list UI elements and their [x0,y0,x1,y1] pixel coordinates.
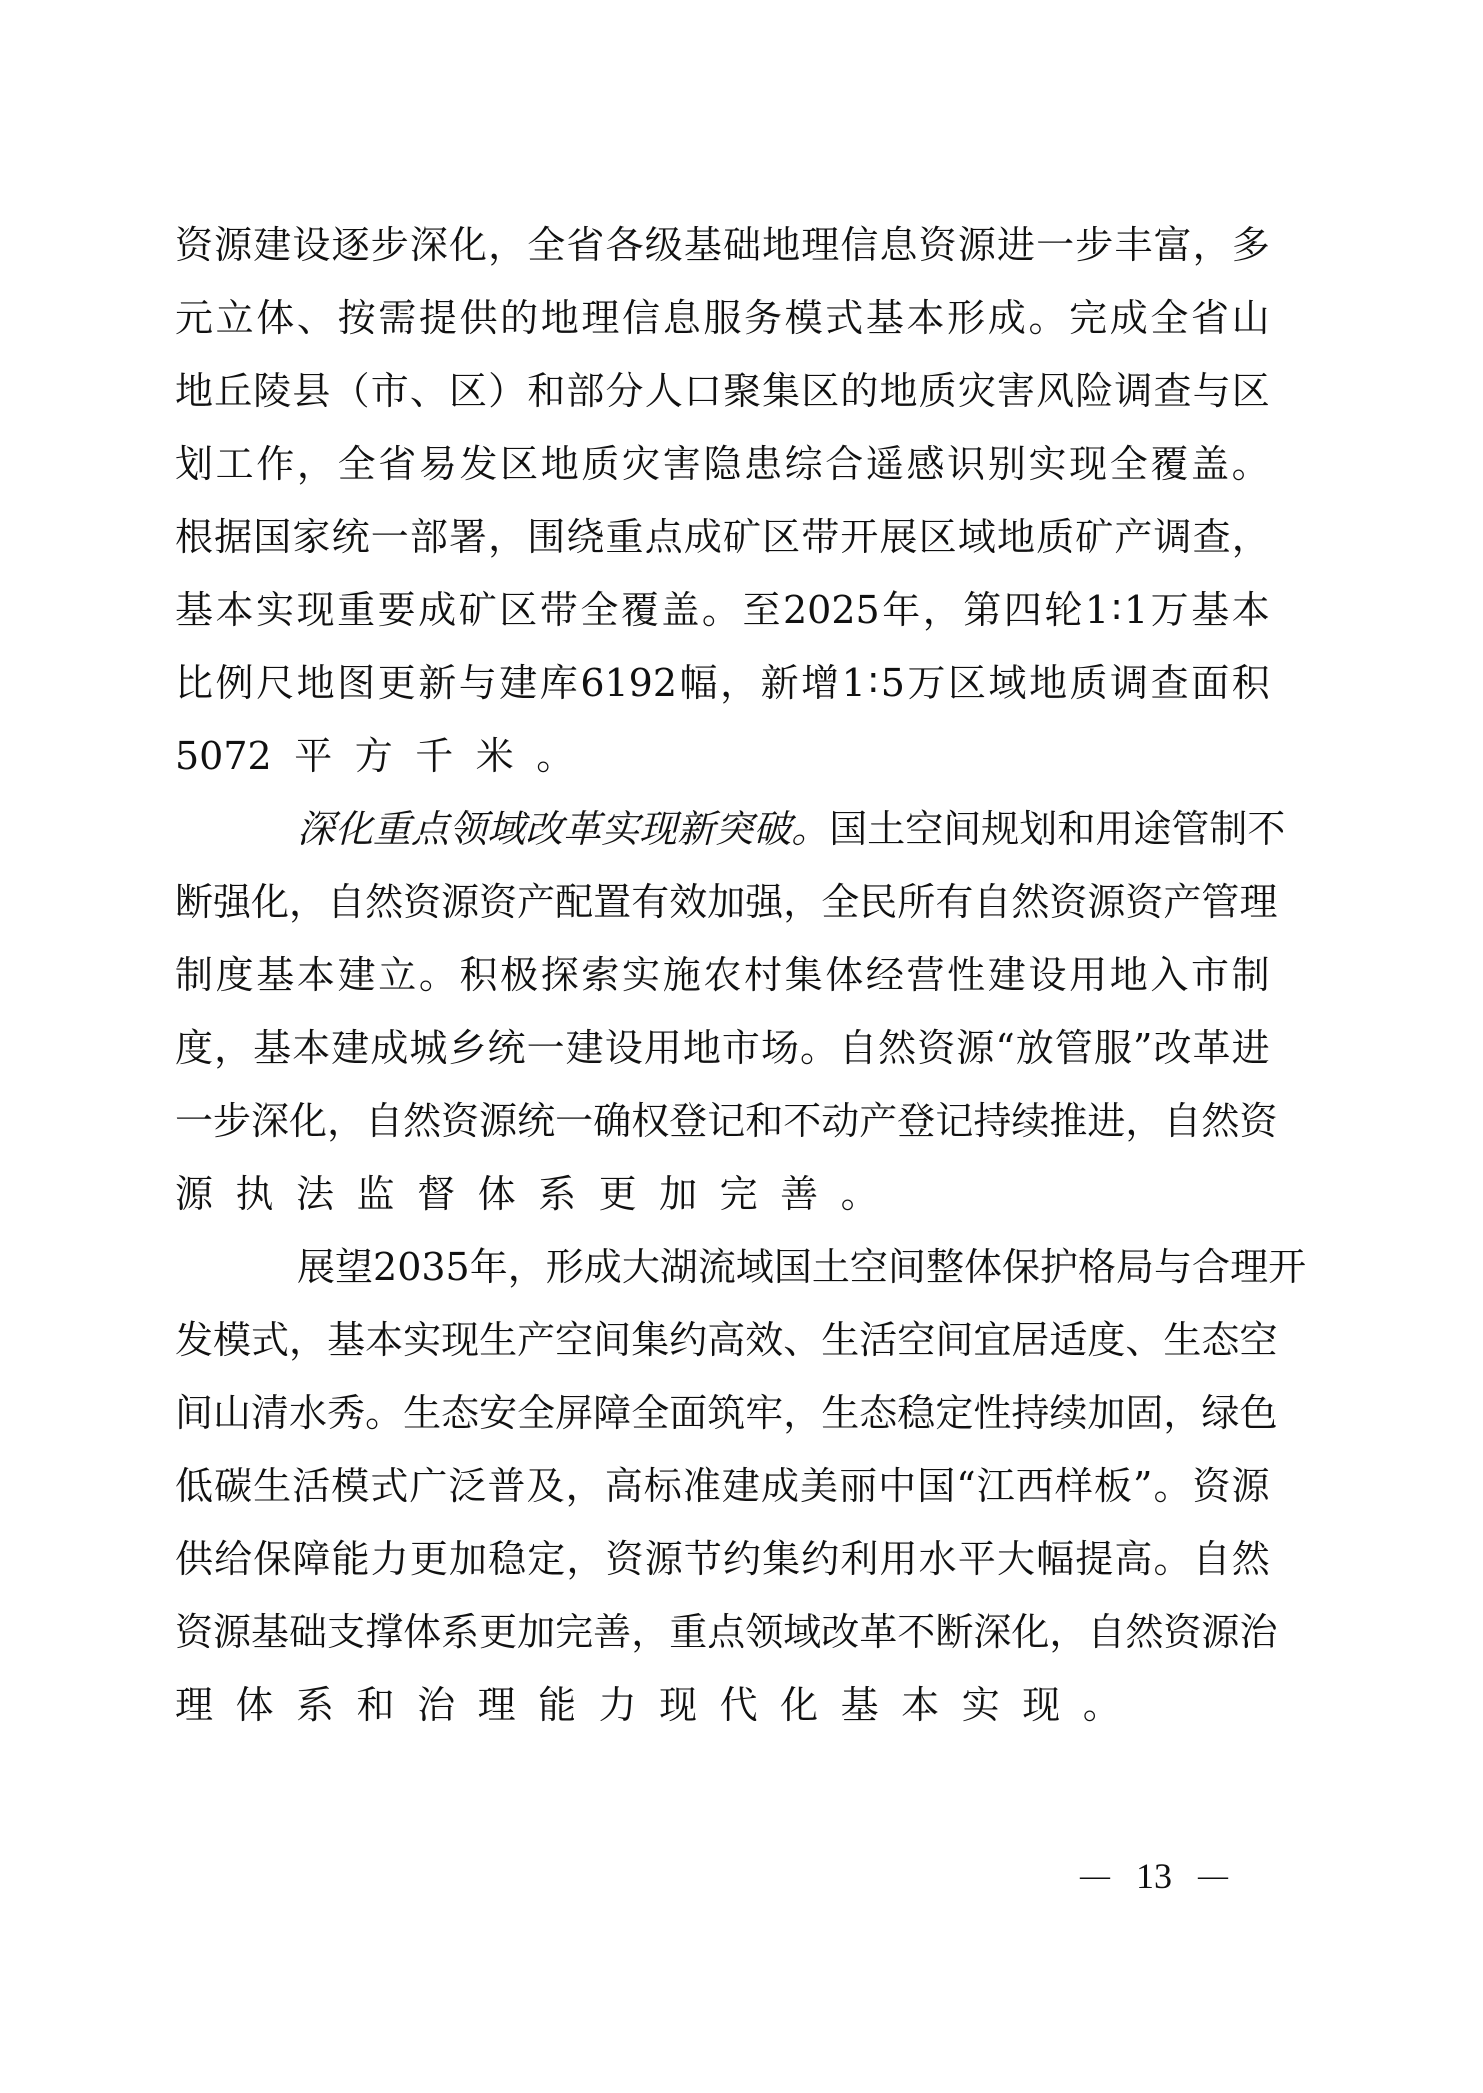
text-line: 间山清水秀。生态安全屏障全面筑牢，生态稳定性持续加固，绿色 [175,1376,1270,1449]
text-line: 5072平方千米。 [175,719,1270,792]
text-line: 理体系和治理能力现代化基本实现。 [175,1668,1270,1741]
text-line: 度，基本建成城乡统一建设用地市场。自然资源“放管服”改革进 [175,1011,1270,1084]
body-text: 资源建设逐步深化，全省各级基础地理信息资源进一步丰富，多元立体、按需提供的地理信… [175,208,1270,1741]
page-number-dash-left: — [1080,1859,1110,1893]
text-line: 供给保障能力更加稳定，资源节约集约利用水平大幅提高。自然 [175,1522,1270,1595]
text-line: 源执法监督体系更加完善。 [175,1157,1270,1230]
text-line: 发模式，基本实现生产空间集约高效、生活空间宜居适度、生态空 [175,1303,1270,1376]
text-line: 划工作，全省易发区地质灾害隐患综合遥感识别实现全覆盖。 [175,427,1270,500]
page-number-dash-right: — [1198,1859,1228,1893]
text-line: 低碳生活模式广泛普及，高标准建成美丽中国“江西样板”。资源 [175,1449,1270,1522]
text-line: 基本实现重要成矿区带全覆盖。至2025年，第四轮1∶1万基本 [175,573,1270,646]
text-line: 地丘陵县（市、区）和部分人口聚集区的地质灾害风险调查与区 [175,354,1270,427]
text-line: 根据国家统一部署，围绕重点成矿区带开展区域地质矿产调查， [175,500,1270,573]
text-line: 制度基本建立。积极探索实施农村集体经营性建设用地入市制 [175,938,1270,1011]
text-line: 断强化，自然资源资产配置有效加强，全民所有自然资源资产管理 [175,865,1270,938]
page-number: 13 [1136,1855,1172,1897]
text-line: 资源基础支撑体系更加完善，重点领域改革不断深化，自然资源治 [175,1595,1270,1668]
text-line: 展望2035年，形成大湖流域国土空间整体保护格局与合理开 [175,1230,1270,1303]
text-line: 元立体、按需提供的地理信息服务模式基本形成。完成全省山 [175,281,1270,354]
page-number-footer: — 13 — [1080,1855,1228,1897]
text-line: 比例尺地图更新与建库6192幅，新增1∶5万区域地质调查面积 [175,646,1270,719]
text-line: 深化重点领域改革实现新突破。国土空间规划和用途管制不 [175,792,1270,865]
text-line: 资源建设逐步深化，全省各级基础地理信息资源进一步丰富，多 [175,208,1270,281]
document-page: 资源建设逐步深化，全省各级基础地理信息资源进一步丰富，多元立体、按需提供的地理信… [0,0,1483,2093]
text-line: 一步深化，自然资源统一确权登记和不动产登记持续推进，自然资 [175,1084,1270,1157]
